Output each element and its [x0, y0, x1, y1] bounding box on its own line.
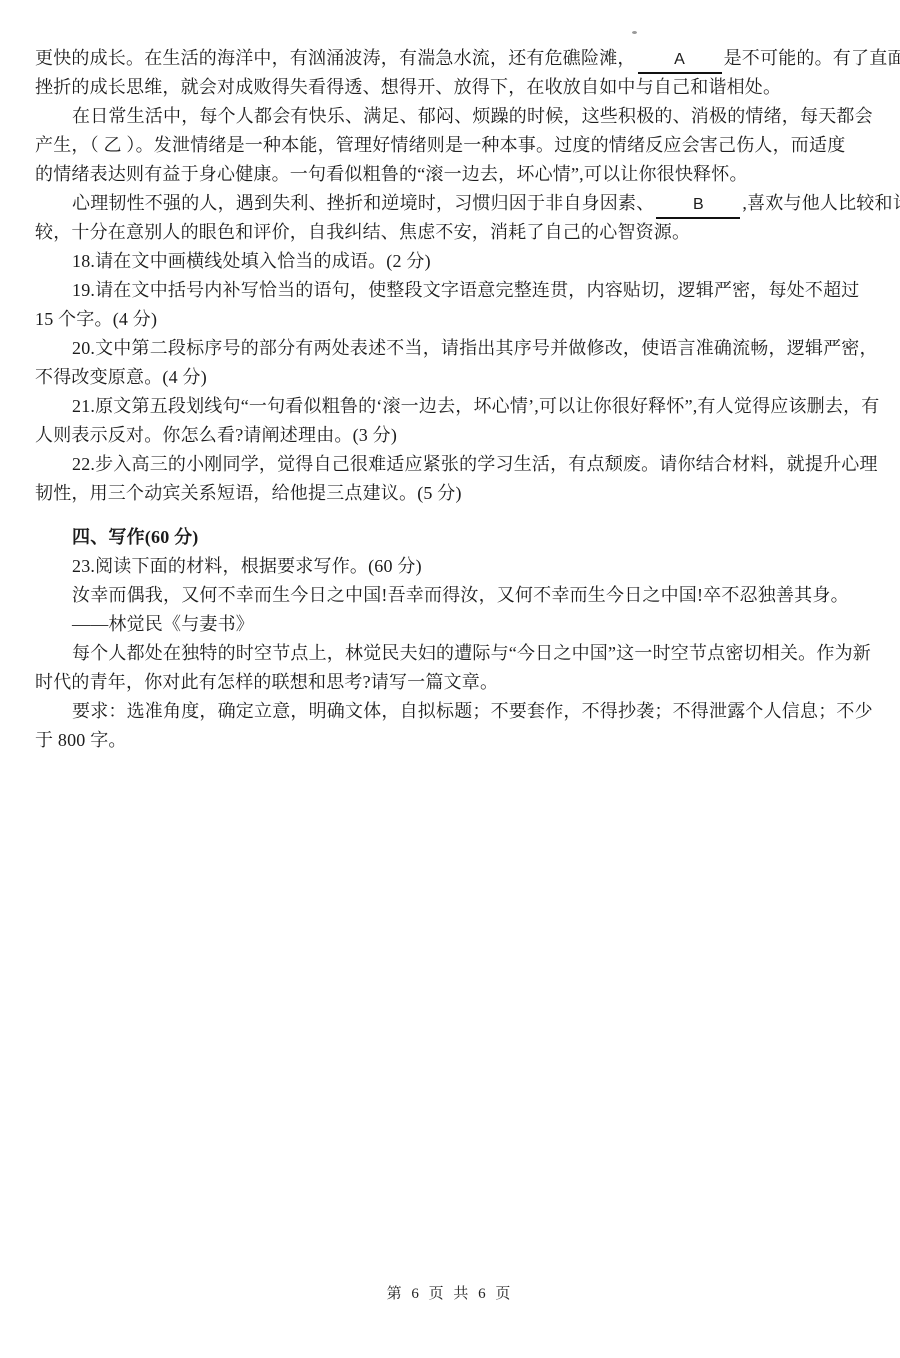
text-line: 产生，（ 乙 ）。发泄情绪是一种本能，管理好情绪则是一种本事。过度的情绪反应会害… — [35, 131, 867, 160]
text-segment: 18.请在文中画横线处填入恰当的成语。(2 分) — [72, 251, 431, 271]
text-line: 23.阅读下面的材料，根据要求写作。(60 分) — [35, 552, 867, 581]
text-line: 心理韧性不强的人，遇到失利、挫折和逆境时，习惯归因于非自身因素、B,喜欢与他人比… — [35, 189, 867, 218]
text-line: 18.请在文中画横线处填入恰当的成语。(2 分) — [35, 247, 867, 276]
text-segment: 不得改变原意。(4 分) — [35, 367, 207, 387]
text-segment: 心理韧性不强的人，遇到失利、挫折和逆境时，习惯归因于非自身因素、 — [72, 193, 654, 213]
text-segment: ,喜欢与他人比较和计 — [742, 193, 900, 213]
text-line: 21.原文第五段划线句“一句看似粗鲁的‘滚一边去，坏心情’,可以让你很好释怀”,… — [35, 392, 867, 421]
text-segment: 每个人都处在独特的时空节点上，林觉民夫妇的遭际与“今日之中国”这一时空节点密切相… — [72, 643, 871, 663]
text-line: 每个人都处在独特的时空节点上，林觉民夫妇的遭际与“今日之中国”这一时空节点密切相… — [35, 639, 867, 668]
text-line: 15 个字。(4 分) — [35, 305, 867, 334]
text-segment: 人则表示反对。你怎么看?请阐述理由。(3 分) — [35, 425, 397, 445]
text-line: 19.请在文中括号内补写恰当的语句，使整段文字语意完整连贯，内容贴切，逻辑严密，… — [35, 276, 867, 305]
text-line: 的情绪表达则有益于身心健康。一句看似粗鲁的“滚一边去，坏心情”,可以让你很快释怀… — [35, 160, 867, 189]
text-line: 汝幸而偶我，又何不幸而生今日之中国!吾幸而得汝，又何不幸而生今日之中国!卒不忍独… — [35, 581, 867, 610]
text-line: 时代的青年，你对此有怎样的联想和思考?请写一篇文章。 — [35, 668, 867, 697]
document-lines: 更快的成长。在生活的海洋中，有汹涌波涛，有湍急水流，还有危礁险滩，A是不可能的。… — [35, 44, 867, 755]
blank-line — [35, 508, 867, 523]
text-segment: 更快的成长。在生活的海洋中，有汹涌波涛，有湍急水流，还有危礁险滩， — [35, 48, 636, 68]
text-segment: 汝幸而偶我，又何不幸而生今日之中国!吾幸而得汝，又何不幸而生今日之中国!卒不忍独… — [72, 585, 849, 605]
text-line: 韧性，用三个动宾关系短语，给他提三点建议。(5 分) — [35, 479, 867, 508]
text-line: 更快的成长。在生活的海洋中，有汹涌波涛，有湍急水流，还有危礁险滩，A是不可能的。… — [35, 44, 867, 73]
text-segment: 挫折的成长思维，就会对成败得失看得透、想得开、放得下，在收放自如中与自己和谐相处… — [35, 77, 781, 97]
exam-paper-page: 更快的成长。在生活的海洋中，有汹涌波涛，有湍急水流，还有危礁险滩，A是不可能的。… — [0, 0, 900, 1358]
text-line: 四、写作(60 分) — [35, 523, 867, 552]
text-segment: 四、写作(60 分) — [72, 527, 199, 547]
text-line: 要求：选准角度，确定立意，明确文体，自拟标题；不要套作，不得抄袭；不得泄露个人信… — [35, 697, 867, 726]
text-segment: 在日常生活中，每个人都会有快乐、满足、郁闷、烦躁的时候，这些积极的、消极的情绪，… — [72, 106, 873, 126]
text-segment: 较，十分在意别人的眼色和评价，自我纠结、焦虑不安，消耗了自己的心智资源。 — [35, 222, 690, 242]
text-line: 22.步入高三的小刚同学，觉得自己很难适应紧张的学习生活，有点颓废。请你结合材料… — [35, 450, 867, 479]
fill-in-blank-A: A — [638, 48, 722, 74]
text-segment: 20.文中第二段标序号的部分有两处表述不当，请指出其序号并做修改，使语言准确流畅… — [72, 338, 878, 358]
text-line: ——林觉民《与妻书》 — [35, 610, 867, 639]
text-segment: 时代的青年，你对此有怎样的联想和思考?请写一篇文章。 — [35, 672, 498, 692]
text-segment: 22.步入高三的小刚同学，觉得自己很难适应紧张的学习生活，有点颓废。请你结合材料… — [72, 454, 878, 474]
text-line: 不得改变原意。(4 分) — [35, 363, 867, 392]
text-segment: 产生，（ 乙 ）。发泄情绪是一种本能，管理好情绪则是一种本事。过度的情绪反应会害… — [35, 135, 845, 155]
text-segment: 是不可能的。有了直面 — [724, 48, 900, 68]
fill-in-blank-B: B — [656, 193, 740, 219]
text-segment: 韧性，用三个动宾关系短语，给他提三点建议。(5 分) — [35, 483, 462, 503]
text-segment: 21.原文第五段划线句“一句看似粗鲁的‘滚一边去，坏心情’,可以让你很好释怀”,… — [72, 396, 879, 416]
text-segment: 23.阅读下面的材料，根据要求写作。(60 分) — [72, 556, 422, 576]
text-segment: 15 个字。(4 分) — [35, 309, 157, 329]
text-segment: 于 800 字。 — [35, 730, 127, 750]
text-line: 挫折的成长思维，就会对成败得失看得透、想得开、放得下，在收放自如中与自己和谐相处… — [35, 73, 867, 102]
text-line: 人则表示反对。你怎么看?请阐述理由。(3 分) — [35, 421, 867, 450]
text-segment: 19.请在文中括号内补写恰当的语句，使整段文字语意完整连贯，内容贴切，逻辑严密，… — [72, 280, 860, 300]
text-line: 在日常生活中，每个人都会有快乐、满足、郁闷、烦躁的时候，这些积极的、消极的情绪，… — [35, 102, 867, 131]
page-number-footer: 第 6 页 共 6 页 — [0, 1282, 900, 1303]
scan-artifact-dot — [632, 31, 637, 34]
text-line: 20.文中第二段标序号的部分有两处表述不当，请指出其序号并做修改，使语言准确流畅… — [35, 334, 867, 363]
text-segment: ——林觉民《与妻书》 — [72, 614, 254, 634]
text-segment: 的情绪表达则有益于身心健康。一句看似粗鲁的“滚一边去，坏心情”,可以让你很快释怀… — [35, 164, 748, 184]
text-line: 较，十分在意别人的眼色和评价，自我纠结、焦虑不安，消耗了自己的心智资源。 — [35, 218, 867, 247]
text-segment: 要求：选准角度，确定立意，明确文体，自拟标题；不要套作，不得抄袭；不得泄露个人信… — [72, 701, 873, 721]
text-line: 于 800 字。 — [35, 726, 867, 755]
